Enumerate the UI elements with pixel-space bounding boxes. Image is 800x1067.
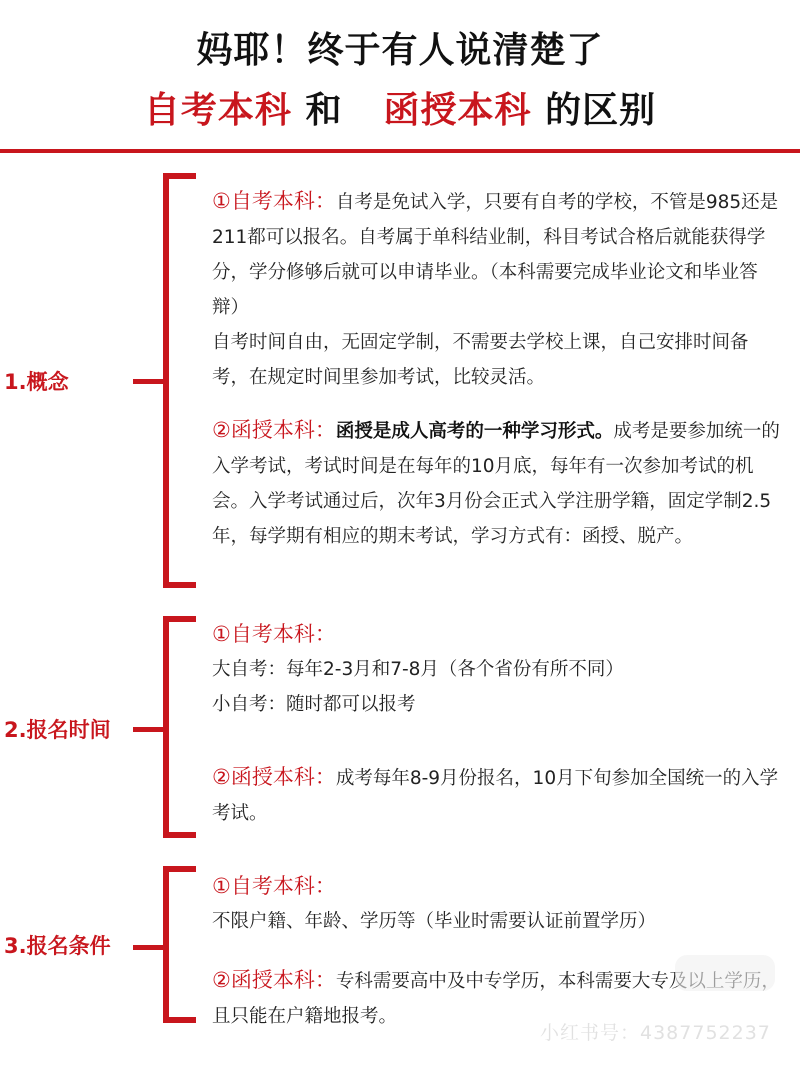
bracket-top	[163, 616, 196, 622]
time-self-study: ①自考本科： 大自考：每年2-3月和7-8月（各个省份有所不同） 小自考：随时都…	[212, 617, 782, 722]
paragraph: 不限户籍、年龄、学历等（毕业时需要认证前置学历）	[212, 904, 782, 939]
section-label: 2.报名时间	[4, 714, 111, 744]
bracket-line	[163, 173, 169, 588]
time-correspondence: ②函授本科：成考每年8-9月份报名，10月下旬参加全国统一的入学考试。	[212, 760, 782, 831]
bracket-bottom	[163, 1017, 196, 1023]
term-self-study: 自考本科	[144, 90, 292, 131]
sub-heading: ①自考本科：	[212, 189, 336, 213]
bracket-line	[163, 616, 169, 838]
paragraph: 小自考：随时都可以报考	[212, 687, 782, 722]
conjunction: 和	[305, 90, 342, 131]
page-subtitle: 自考本科 和 函授本科 的区别	[0, 82, 800, 133]
paragraph: 大自考：每年2-3月和7-8月（各个省份有所不同）	[212, 652, 782, 687]
bracket-connector	[133, 379, 165, 384]
sub-heading: ①自考本科：	[212, 617, 782, 652]
title-suffix: 的区别	[545, 90, 656, 131]
page-title: 妈耶！终于有人说清楚了	[0, 22, 800, 73]
section-label: 1.概念	[4, 366, 69, 396]
bracket-top	[163, 866, 196, 872]
watermark: 小红书号：4387752237	[540, 1018, 771, 1045]
sub-heading: ①自考本科：	[212, 869, 782, 904]
header-divider	[0, 149, 800, 153]
sub-heading: ②函授本科：	[212, 418, 336, 442]
term-correspondence: 函授本科	[384, 90, 532, 131]
bracket-line	[163, 866, 169, 1023]
bracket-connector	[133, 945, 165, 950]
concept-self-study: ①自考本科：自考是免试入学，只要有自考的学校，不管是985还是211都可以报名。…	[212, 184, 782, 395]
watermark-bubble	[675, 955, 775, 991]
sub-heading: ②函授本科：	[212, 765, 336, 789]
sub-heading: ②函授本科：	[212, 968, 336, 992]
bold-lead: 函授是成人高考的一种学习形式。	[336, 421, 614, 442]
bracket-top	[163, 173, 196, 179]
bracket-bottom	[163, 582, 196, 588]
requirements-self-study: ①自考本科： 不限户籍、年龄、学历等（毕业时需要认证前置学历）	[212, 869, 782, 939]
section-label: 3.报名条件	[4, 930, 111, 960]
paragraph: 自考时间自由，无固定学制，不需要去学校上课，自己安排时间备考，在规定时间里参加考…	[212, 325, 782, 395]
bracket-connector	[133, 727, 165, 732]
concept-correspondence: ②函授本科：函授是成人高考的一种学习形式。成考是要参加统一的入学考试，考试时间是…	[212, 413, 782, 554]
bracket-bottom	[163, 832, 196, 838]
